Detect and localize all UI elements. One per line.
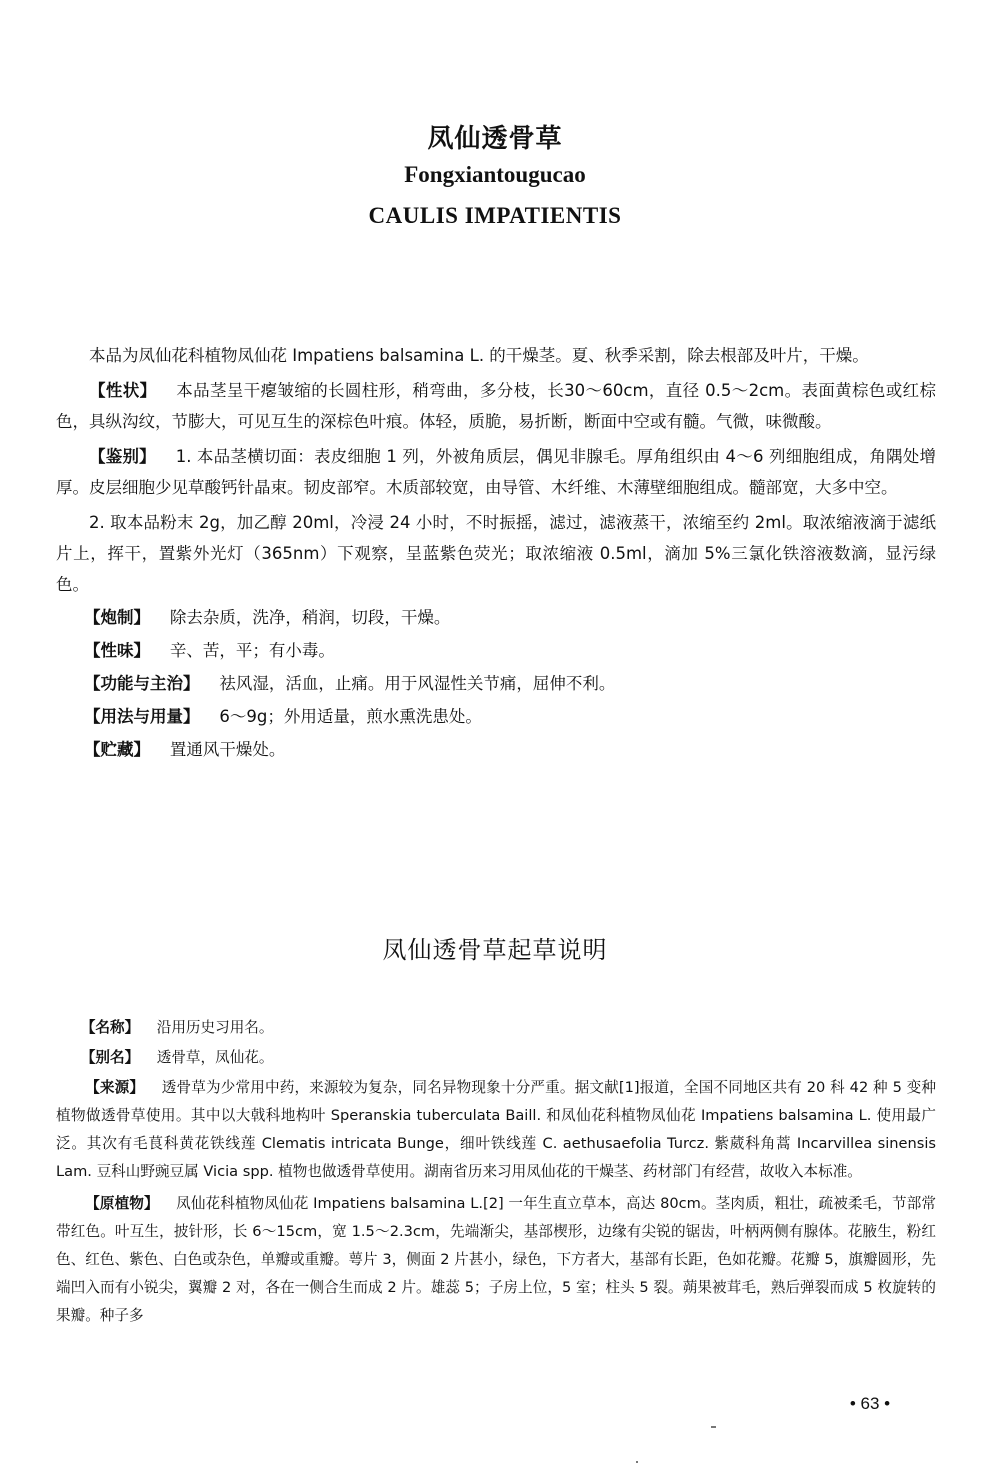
nature-flavor-text: 辛、苦，平；有小毒。 <box>170 641 335 660</box>
processing-paragraph: 【炮制】除去杂质，洗净，稍润，切段，干燥。 <box>56 602 936 633</box>
original-plant-text: 凤仙花科植物凤仙花 Impatiens balsamina L.[2] 一年生直… <box>56 1195 936 1324</box>
identification-label: 【鉴别】 <box>89 447 156 466</box>
dosage-label: 【用法与用量】 <box>84 707 200 726</box>
description-paragraph: 【性状】本品茎呈干瘪皱缩的长圆柱形，稍弯曲，多分枝，长30～60cm，直径 0.… <box>56 375 936 437</box>
alias-text: 透骨草，凤仙花。 <box>157 1049 274 1066</box>
nature-flavor-label: 【性味】 <box>84 641 150 660</box>
monograph-title-pinyin: Fongxiantougucao <box>0 162 990 188</box>
functions-text: 祛风湿，活血，止痛。用于风湿性关节痛，屈伸不利。 <box>219 674 615 693</box>
source-text: 透骨草为少常用中药，来源较为复杂，同名异物现象十分严重。据文献[1]报道，全国不… <box>56 1079 936 1180</box>
monograph-title-chinese: 凤仙透骨草 <box>0 118 990 155</box>
monograph-body: 本品为凤仙花科植物凤仙花 Impatiens balsamina L. 的干燥茎… <box>56 340 936 765</box>
alias-paragraph: 【别名】透骨草，凤仙花。 <box>56 1044 936 1072</box>
nature-flavor-paragraph: 【性味】辛、苦，平；有小毒。 <box>56 635 936 666</box>
monograph-title-latin: CAULIS IMPATIENTIS <box>0 203 990 229</box>
identification-paragraph-1: 【鉴别】1. 本品茎横切面：表皮细胞 1 列，外被角质层，偶见非腺毛。厚角组织由… <box>56 441 936 503</box>
source-label: 【来源】 <box>85 1079 144 1096</box>
identification-paragraph-2: 2. 取本品粉末 2g，加乙醇 20ml，冷浸 24 小时，不时振摇，滤过，滤液… <box>56 507 936 600</box>
original-plant-paragraph: 【原植物】凤仙花科植物凤仙花 Impatiens balsamina L.[2]… <box>56 1190 936 1330</box>
processing-text: 除去杂质，洗净，稍润，切段，干燥。 <box>170 608 451 627</box>
storage-paragraph: 【贮藏】置通风干燥处。 <box>56 734 936 765</box>
name-text: 沿用历史习用名。 <box>157 1019 274 1036</box>
intro-paragraph: 本品为凤仙花科植物凤仙花 Impatiens balsamina L. 的干燥茎… <box>56 340 936 371</box>
source-paragraph: 【来源】透骨草为少常用中药，来源较为复杂，同名异物现象十分严重。据文献[1]报道… <box>56 1074 936 1186</box>
scan-speck <box>711 1426 716 1428</box>
identification-item-1: 1. 本品茎横切面：表皮细胞 1 列，外被角质层，偶见非腺毛。厚角组织由 4～6… <box>56 447 936 497</box>
scan-speck <box>636 1461 638 1463</box>
storage-text: 置通风干燥处。 <box>170 740 286 759</box>
functions-paragraph: 【功能与主治】祛风湿，活血，止痛。用于风湿性关节痛，屈伸不利。 <box>56 668 936 699</box>
name-label: 【名称】 <box>81 1019 139 1036</box>
page-number: • 63 • <box>820 1394 920 1414</box>
name-paragraph: 【名称】沿用历史习用名。 <box>56 1014 936 1042</box>
description-label: 【性状】 <box>89 381 156 400</box>
dosage-text: 6～9g；外用适量，煎水熏洗患处。 <box>219 707 481 726</box>
storage-label: 【贮藏】 <box>84 740 150 759</box>
dosage-paragraph: 【用法与用量】6～9g；外用适量，煎水熏洗患处。 <box>56 701 936 732</box>
functions-label: 【功能与主治】 <box>84 674 200 693</box>
drafting-notes-title: 凤仙透骨草起草说明 <box>0 930 990 965</box>
description-text: 本品茎呈干瘪皱缩的长圆柱形，稍弯曲，多分枝，长30～60cm，直径 0.5～2c… <box>56 381 936 431</box>
alias-label: 【别名】 <box>81 1049 139 1066</box>
processing-label: 【炮制】 <box>84 608 150 627</box>
original-plant-label: 【原植物】 <box>85 1195 158 1212</box>
drafting-notes-body: 【名称】沿用历史习用名。 【别名】透骨草，凤仙花。 【来源】透骨草为少常用中药，… <box>56 1014 936 1330</box>
